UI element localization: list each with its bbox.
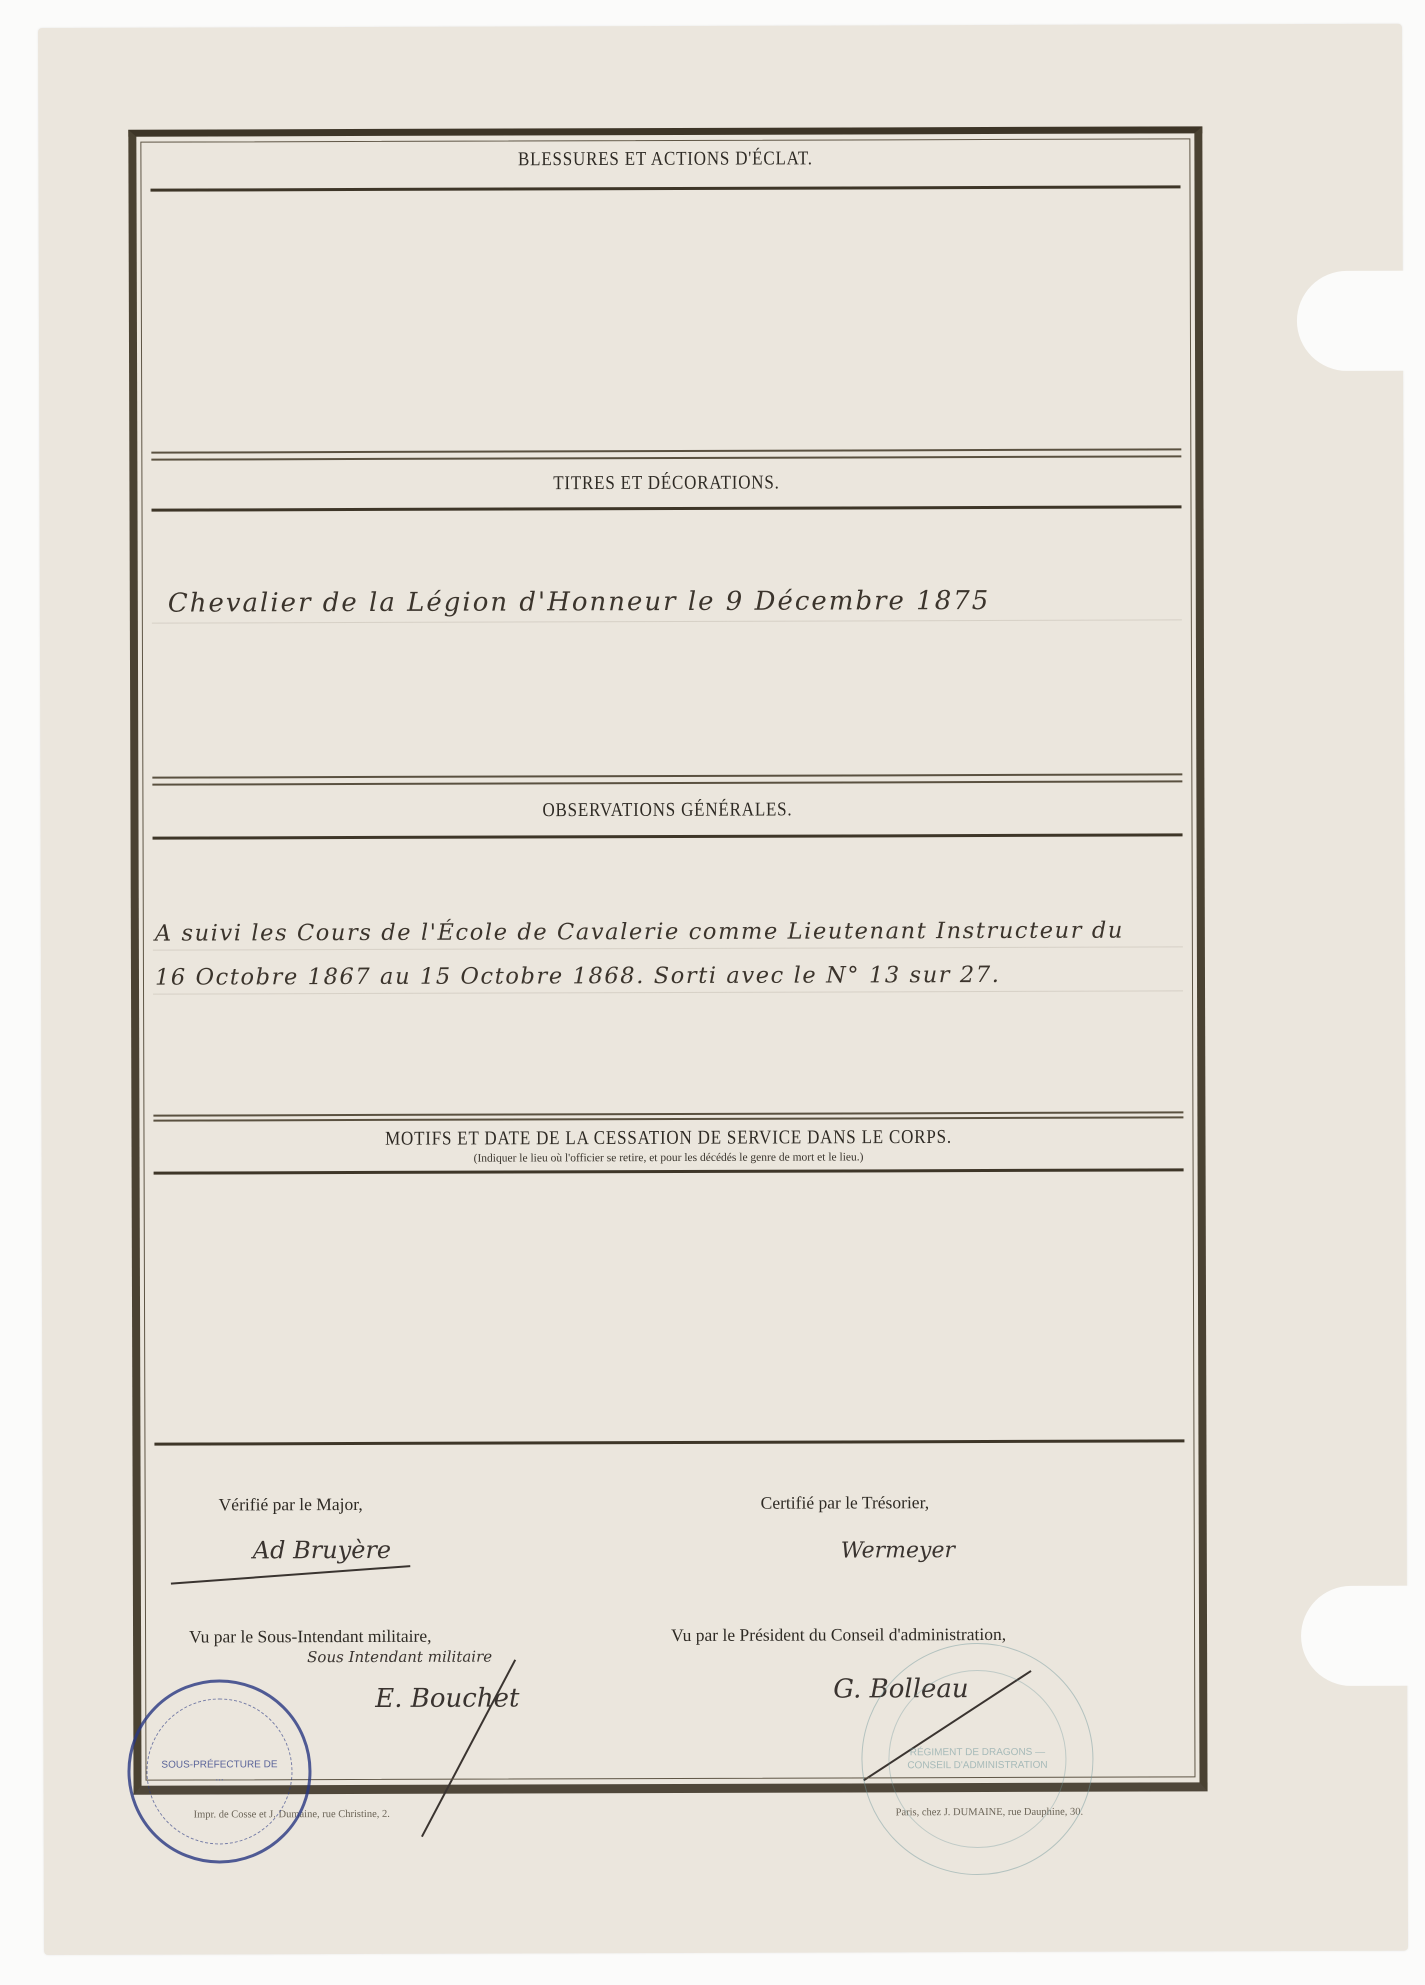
observations-line-1: A suivi les Cours de l'École de Cavaleri… [155, 918, 1124, 947]
signature-block: Vérifié par le Major, Ad Bruyère Certifi… [136, 133, 1194, 136]
section-cessation: MOTIFS ET DATE DE LA CESSATION DE SERVIC… [136, 133, 1194, 136]
form-frame: BLESSURES ET ACTIONS D'ÉCLAT. TITRES ET … [128, 126, 1207, 1794]
divider [154, 1439, 1184, 1445]
section-title-titres: TITRES ET DÉCORATIONS. [137, 470, 1195, 496]
signature-flourish [171, 1565, 410, 1584]
sous-intendant-label: Vu par le Sous-Intendant militaire, [189, 1626, 432, 1648]
divider [151, 448, 1181, 453]
sous-prefecture-stamp: SOUS-PRÉFECTURE DE ... [127, 1679, 312, 1864]
divider [152, 505, 1182, 511]
divider [153, 1116, 1183, 1121]
sous-intendant-signature: E. Bouchet [375, 1683, 519, 1713]
guide-line [153, 990, 1183, 994]
major-signature: Ad Bruyère [253, 1536, 391, 1564]
section-instructions-cessation: (Indiquer le lieu où l'officier se retir… [140, 1150, 1198, 1165]
observations-line-2: 16 Octobre 1867 au 15 Octobre 1868. Sort… [155, 962, 1001, 991]
guide-line [153, 946, 1183, 950]
guide-line [152, 619, 1182, 623]
section-title-blessures: BLESSURES ET ACTIONS D'ÉCLAT. [136, 146, 1194, 172]
divider [152, 773, 1182, 778]
president-label: Vu par le Président du Conseil d'adminis… [671, 1624, 1006, 1646]
section-titres: TITRES ET DÉCORATIONS. Chevalier de la L… [136, 133, 1194, 136]
divider [154, 1168, 1184, 1174]
section-observations: OBSERVATIONS GÉNÉRALES. A suivi les Cour… [136, 133, 1194, 136]
regiment-council-stamp: RÉGIMENT DE DRAGONS — CONSEIL D'ADMINIST… [861, 1643, 1094, 1876]
divider [152, 780, 1182, 785]
signature-flourish [421, 1659, 516, 1837]
treasurer-label: Certifié par le Trésorier, [761, 1492, 929, 1514]
treasurer-signature: Wermeyer [841, 1538, 955, 1563]
binder-notch-bottom [1301, 1586, 1421, 1686]
cessation-field [160, 1178, 1179, 1431]
section-blessures: BLESSURES ET ACTIONS D'ÉCLAT. [136, 133, 1194, 136]
stamp-text: RÉGIMENT DE DRAGONS — CONSEIL D'ADMINIST… [897, 1746, 1058, 1773]
divider [151, 455, 1181, 460]
binder-notch-top [1297, 271, 1417, 371]
major-label: Vérifié par le Major, [219, 1494, 363, 1515]
document-page: BLESSURES ET ACTIONS D'ÉCLAT. TITRES ET … [38, 24, 1408, 1955]
section-title-cessation: MOTIFS ET DATE DE LA CESSATION DE SERVIC… [139, 1125, 1197, 1151]
section-title-observations: OBSERVATIONS GÉNÉRALES. [138, 797, 1196, 823]
titres-handwritten-entry: Chevalier de la Légion d'Honneur le 9 Dé… [168, 586, 991, 619]
sous-intendant-note: Sous Intendant militaire [307, 1648, 492, 1667]
blessures-field [157, 193, 1176, 446]
stamp-text: SOUS-PRÉFECTURE DE ... [157, 1758, 282, 1784]
divider [151, 185, 1181, 191]
divider [153, 1111, 1183, 1116]
divider [153, 833, 1183, 839]
